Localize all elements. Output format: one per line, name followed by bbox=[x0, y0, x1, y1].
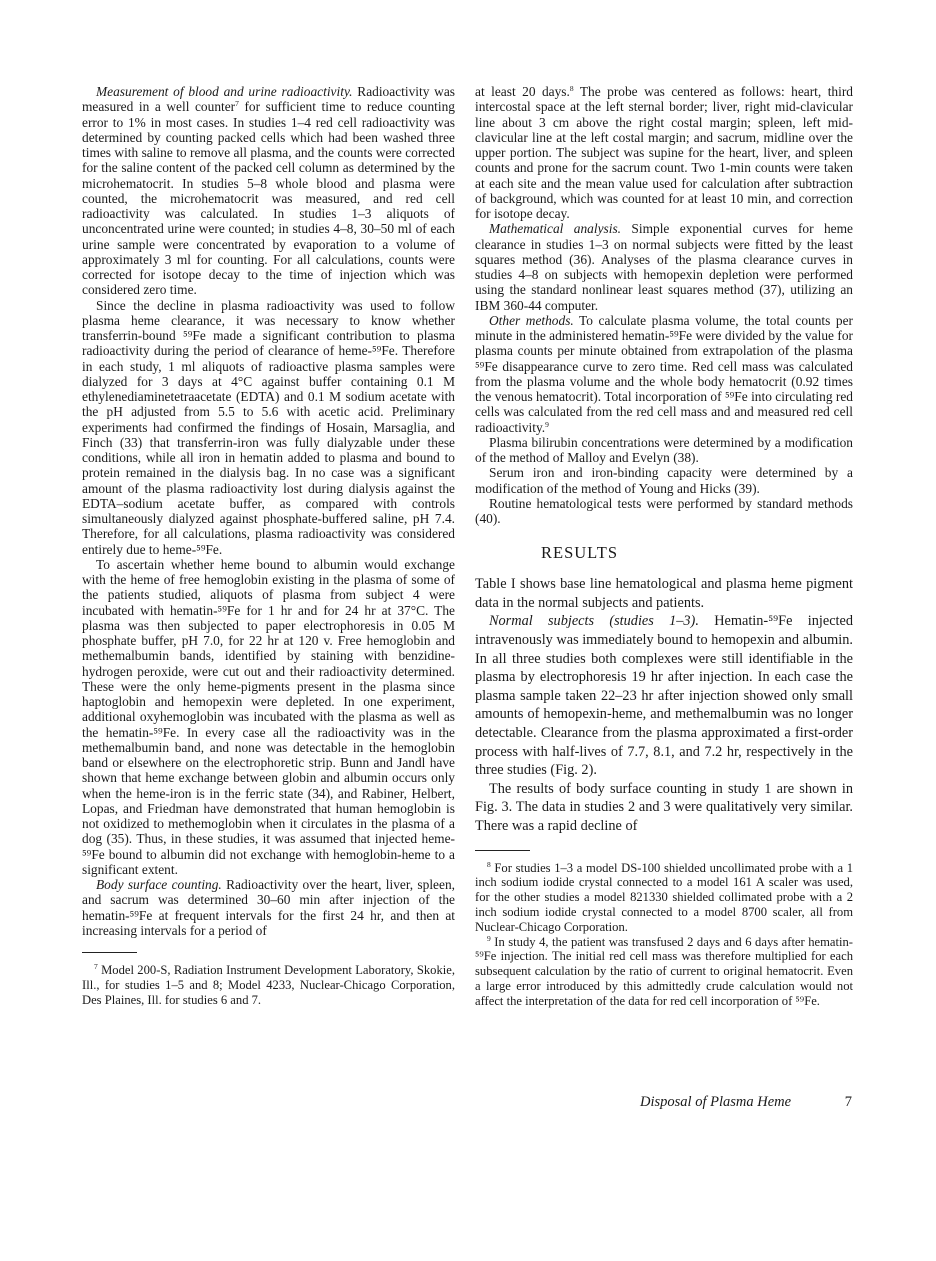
paragraph-routine-tests: Routine hematological tests were perform… bbox=[475, 496, 853, 527]
footnote-9: 9 In study 4, the patient was transfused… bbox=[475, 935, 853, 1009]
paragraph-heme-exchange: To ascertain whether heme bound to album… bbox=[82, 557, 455, 877]
running-title: Disposal of Plasma Heme bbox=[640, 1094, 791, 1110]
left-column: Measurement of blood and urine radioacti… bbox=[82, 84, 455, 1007]
paragraph-serum-iron: Serum iron and iron-binding capacity wer… bbox=[475, 465, 853, 496]
section-heading-results: RESULTS bbox=[541, 543, 853, 563]
paragraph-bilirubin: Plasma bilirubin concentrations were det… bbox=[475, 435, 853, 466]
footnote-8: 8 For studies 1–3 a model DS-100 shielde… bbox=[475, 861, 853, 935]
paragraph-mathematical-analysis: Mathematical analysis. Simple exponentia… bbox=[475, 221, 853, 313]
paragraph-probe-centering: at least 20 days.8 The probe was centere… bbox=[475, 84, 853, 221]
paragraph-blood-urine-radioactivity: Measurement of blood and urine radioacti… bbox=[82, 84, 455, 298]
results-body: Table I shows base line hematological an… bbox=[475, 575, 853, 835]
runin-heading: Normal subjects (studies 1–3). bbox=[489, 613, 699, 629]
runin-heading: Mathematical analysis. bbox=[489, 221, 621, 236]
paragraph-other-methods: Other methods. To calculate plasma volum… bbox=[475, 313, 853, 435]
footnote-7: 7 Model 200-S, Radiation Instrument Deve… bbox=[82, 963, 455, 1007]
footnotes-right: 8 For studies 1–3 a model DS-100 shielde… bbox=[475, 861, 853, 1009]
footnote-divider bbox=[475, 850, 530, 851]
runin-heading: Body surface counting. bbox=[96, 877, 222, 892]
paragraph-table-intro: Table I shows base line hematological an… bbox=[475, 575, 853, 612]
runin-heading: Measurement of blood and urine radioacti… bbox=[96, 84, 353, 99]
page-number: 7 bbox=[845, 1094, 852, 1111]
paragraph-normal-subjects: Normal subjects (studies 1–3). Hematin-⁵… bbox=[475, 612, 853, 779]
footnote-ref: 9 bbox=[545, 420, 549, 429]
paragraph-transferrin-dialysis: Since the decline in plasma radioactivit… bbox=[82, 298, 455, 557]
running-footer: Disposal of Plasma Heme 7 bbox=[640, 1094, 852, 1111]
right-column: at least 20 days.8 The probe was centere… bbox=[475, 84, 853, 1009]
footnote-divider bbox=[82, 952, 137, 953]
runin-heading: Other methods. bbox=[489, 313, 574, 328]
paragraph-body-surface-counting: Body surface counting. Radioactivity ove… bbox=[82, 877, 455, 938]
paragraph-body-surface-results: The results of body surface counting in … bbox=[475, 780, 853, 836]
